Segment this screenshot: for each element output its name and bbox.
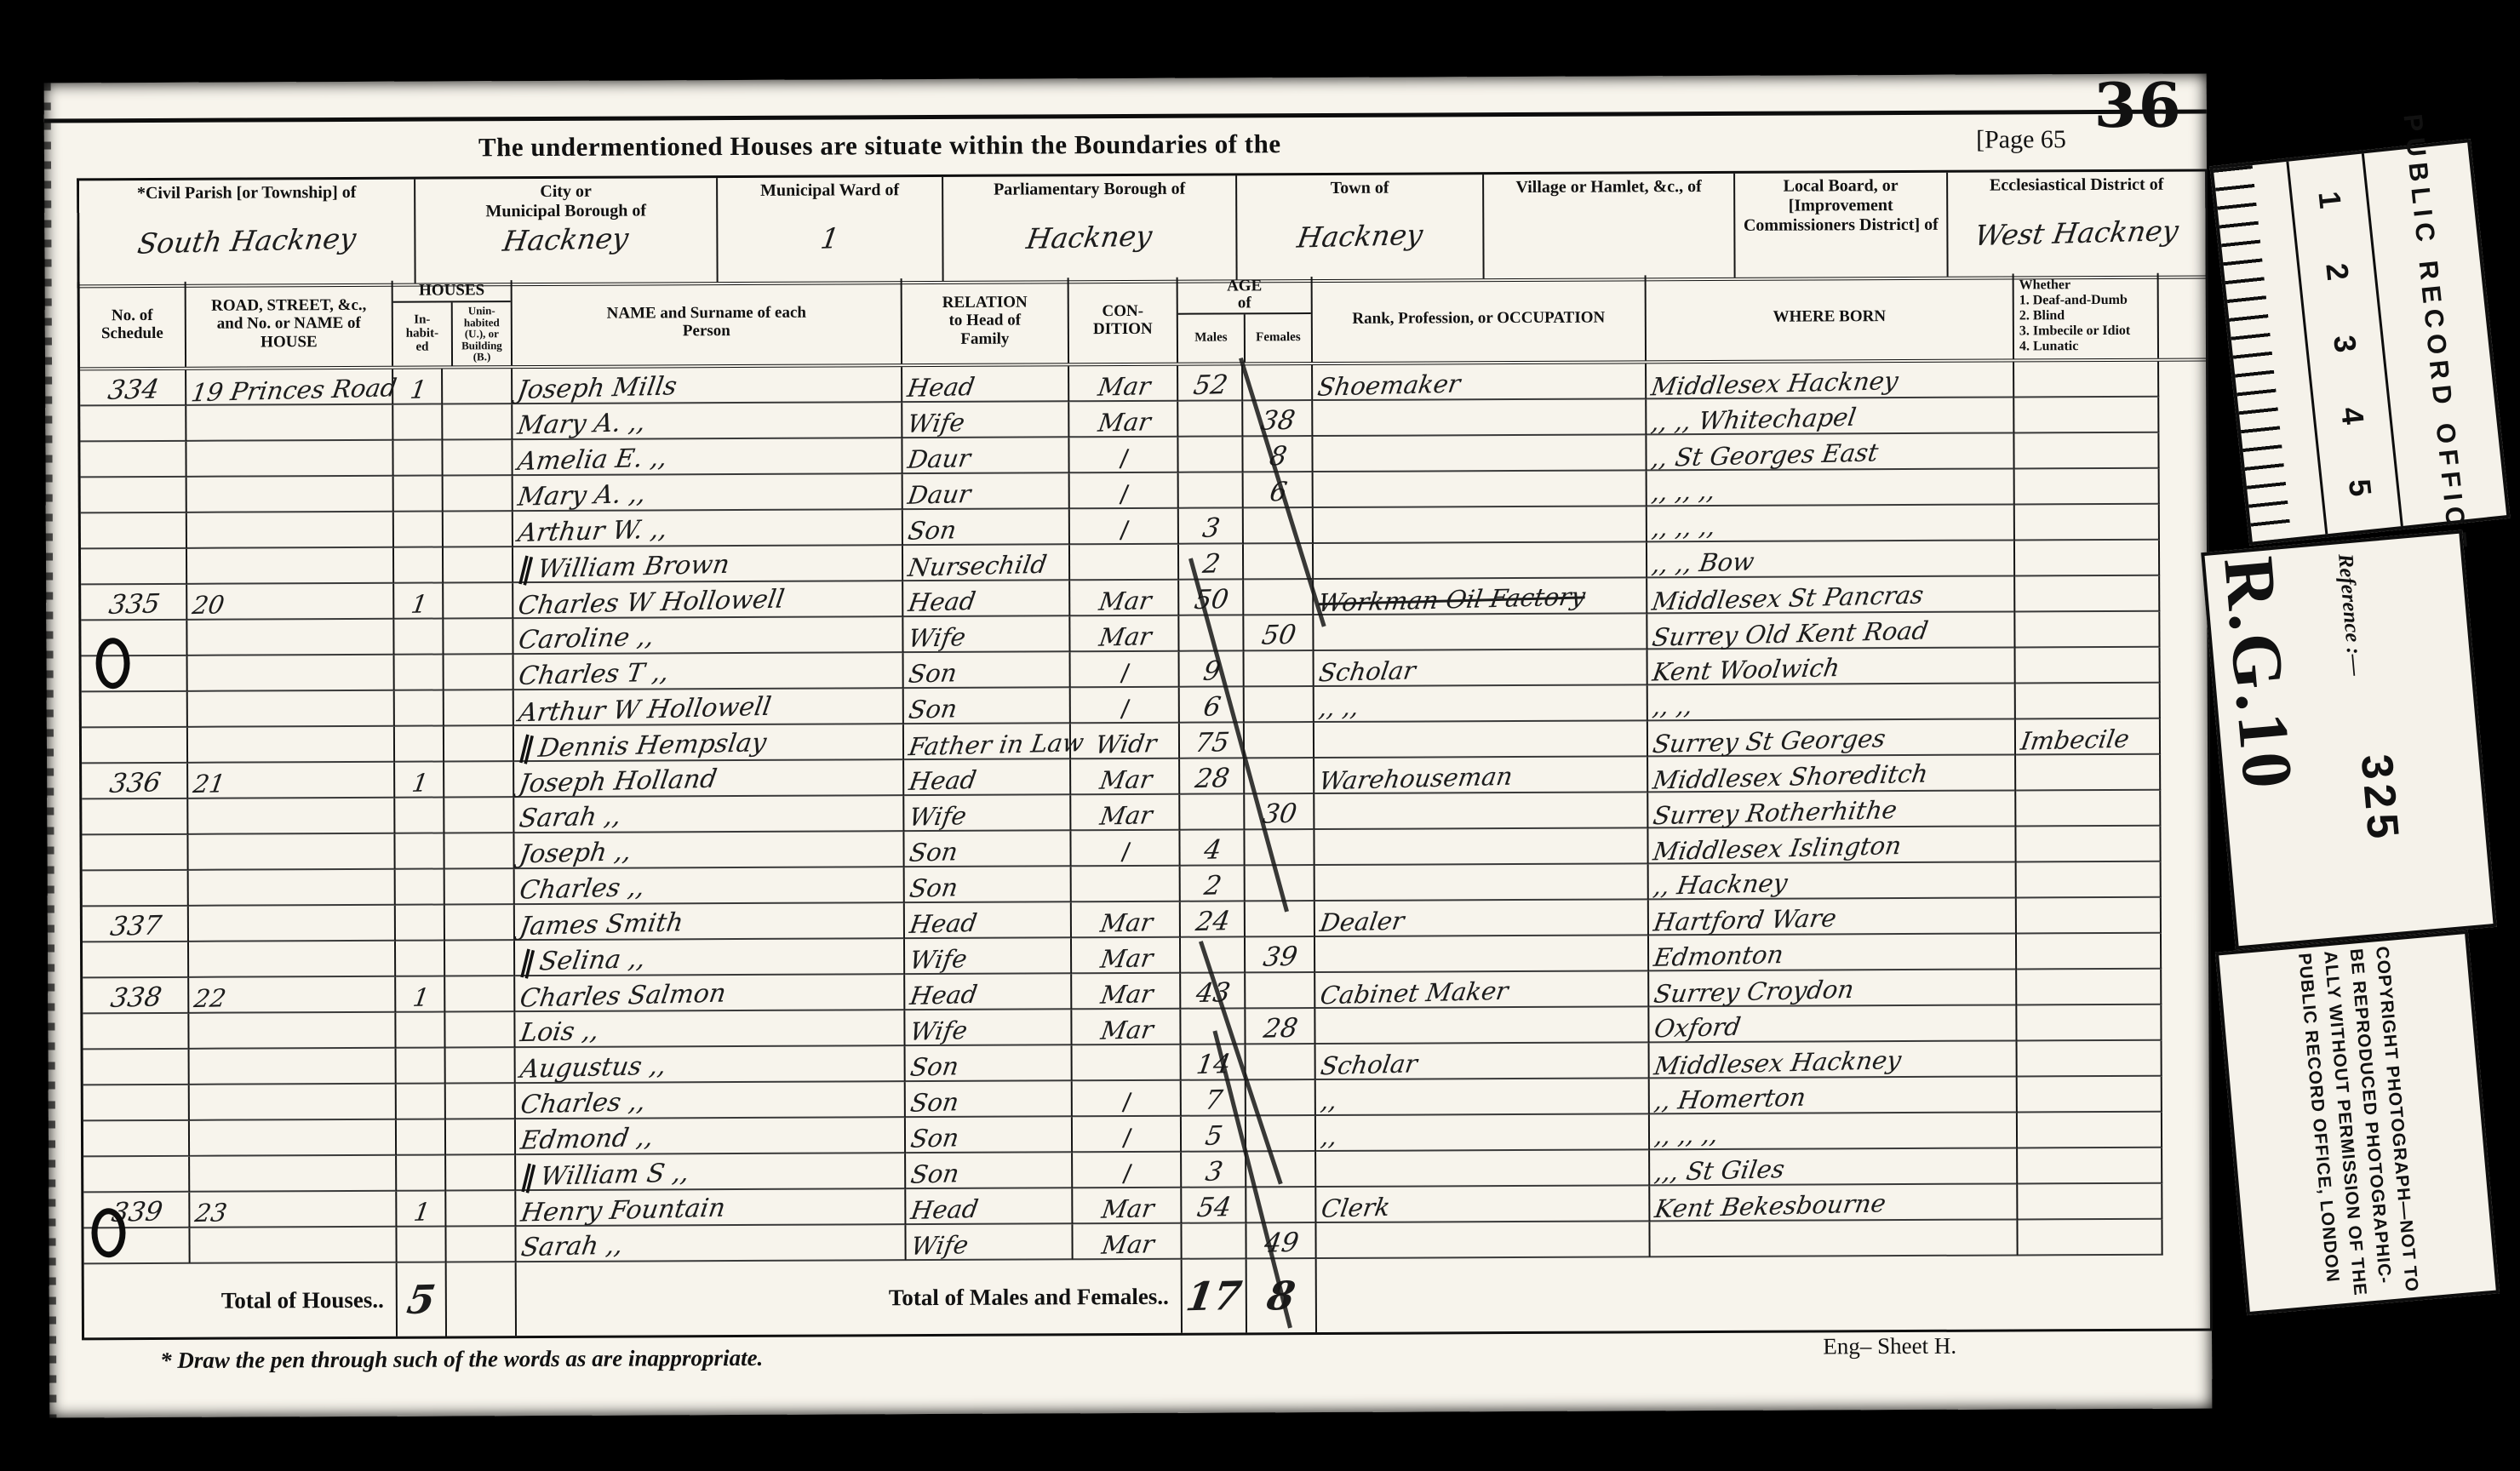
cell-schedule <box>83 942 189 979</box>
cell-relation: Son <box>904 688 1071 724</box>
header-males: Males <box>1178 314 1246 362</box>
cell-occupation <box>1313 435 1647 472</box>
cell-road <box>188 798 395 835</box>
condition-tick: ∕ <box>1119 446 1130 472</box>
cell-inhab <box>394 512 444 548</box>
cell-born: Middlesex Islington <box>1648 827 2016 864</box>
cell-born: ,, ,, ,, <box>1647 505 2015 542</box>
location-field-value: West Hackney <box>1948 215 2205 249</box>
cell-disability <box>2017 934 2162 970</box>
cell-schedule: 338 <box>83 978 189 1015</box>
ruler-number: 1 <box>2311 190 2348 210</box>
cell-road <box>189 870 396 907</box>
cell-schedule <box>83 1085 190 1122</box>
cell-road: 21 <box>188 763 395 799</box>
cell-age_m: 50 <box>1179 580 1244 615</box>
census-sheet: The undermentioned Houses are situate wi… <box>44 73 2213 1417</box>
cell-occupation <box>1314 471 1647 508</box>
cell-disability <box>2015 576 2160 613</box>
cell-relation: Head <box>906 1188 1073 1225</box>
cell-occupation: Scholar <box>1314 650 1648 687</box>
cell-relation: Wife <box>905 938 1072 975</box>
cell-road <box>186 405 393 442</box>
totals-spacer-2 <box>1317 1256 2163 1332</box>
cell-born: ,, ,, Whitechapel <box>1647 398 2014 435</box>
cell-relation: Nursechild <box>903 545 1070 581</box>
cell-schedule: 336 <box>82 764 188 800</box>
location-field-value <box>1484 218 1733 219</box>
section-mark: ‖ <box>517 735 536 760</box>
cell-inhab <box>394 620 444 655</box>
cell-schedule: 334 <box>80 370 186 407</box>
cell-age_f: 28 <box>1246 1009 1315 1045</box>
cell-condition: ∕ <box>1070 473 1179 510</box>
cell-inhab <box>397 1049 446 1085</box>
cell-disability <box>2017 1005 2162 1042</box>
cell-age_f: 49 <box>1246 1223 1316 1259</box>
location-field-label: City or Municipal Borough of <box>421 181 711 221</box>
cell-name: Charles W Hollowell <box>513 581 903 619</box>
cell-age_f <box>1246 901 1315 937</box>
cell-inhab <box>396 870 445 906</box>
cell-road <box>186 441 393 478</box>
cell-born: Middlesex Hackney <box>1647 362 2014 399</box>
cell-uninhab <box>444 655 514 690</box>
cell-age_m: 28 <box>1180 758 1245 794</box>
ruler-number: 4 <box>2334 405 2371 426</box>
cell-age_f <box>1245 651 1314 687</box>
cell-condition: ∕ <box>1073 1153 1182 1189</box>
header-born: WHERE BORN <box>1647 273 2014 360</box>
location-field-0: *Civil Parish [or Township] ofSouth Hack… <box>79 180 416 285</box>
cell-disability <box>2018 1148 2162 1185</box>
cell-road <box>190 1085 397 1121</box>
location-field-value: Hackney <box>415 222 716 257</box>
cell-disability <box>2014 433 2159 470</box>
cell-name: Mary A. ,, <box>513 403 902 440</box>
cell-schedule <box>82 799 188 836</box>
location-field-label: Parliamentary Borough of <box>948 179 1230 199</box>
cell-born: ,, St Georges East <box>1647 433 2014 471</box>
page-title: The undermentioned Houses are situate wi… <box>478 129 1281 163</box>
cell-relation: Daur <box>903 473 1070 510</box>
header-road: ROAD, STREET, &c., and No. or NAME of HO… <box>186 281 393 367</box>
cell-occupation <box>1313 399 1647 437</box>
cell-condition: Mar <box>1071 795 1180 832</box>
cell-name: Henry Fountain <box>516 1189 906 1227</box>
cell-inhab <box>395 834 444 870</box>
cell-inhab: 1 <box>394 584 444 620</box>
cell-inhab: 1 <box>396 977 445 1013</box>
condition-tick: ∕ <box>1120 518 1131 543</box>
cell-schedule: 335 <box>81 585 187 621</box>
cell-schedule <box>82 728 188 764</box>
cell-road <box>188 655 395 692</box>
cell-road: 23 <box>190 1192 397 1228</box>
cell-relation: Son <box>903 509 1070 546</box>
cell-disability <box>2016 755 2161 792</box>
cell-born: Middlesex Shoreditch <box>1648 755 2016 793</box>
total-houses-label: Total of Houses.. <box>84 1263 398 1338</box>
cell-disability <box>2016 827 2161 863</box>
cell-road <box>187 620 394 656</box>
cell-uninhab <box>444 726 514 762</box>
cell-condition: Mar <box>1070 581 1179 617</box>
cell-name: Charles Salmon <box>515 975 905 1012</box>
footnote: * Draw the pen through such of the words… <box>160 1345 763 1374</box>
cell-inhab: 1 <box>393 369 443 405</box>
cell-occupation <box>1315 936 1649 973</box>
pro-reference-card: R.G.10 Reference :— 325 <box>2201 529 2497 949</box>
section-mark: ‖ <box>516 556 535 581</box>
cell-relation: Daur <box>902 438 1069 474</box>
cell-inhab <box>395 655 444 691</box>
cell-road <box>188 727 395 764</box>
cell-road <box>189 1013 396 1050</box>
cell-age_f: 50 <box>1244 615 1314 651</box>
cell-name: Joseph ,, <box>514 832 904 869</box>
cell-occupation <box>1315 864 1649 901</box>
cell-inhab <box>396 906 445 942</box>
cell-schedule <box>82 835 188 872</box>
cell-relation: Wife <box>904 795 1071 832</box>
cell-uninhab <box>444 476 513 512</box>
cell-uninhab <box>443 404 513 440</box>
cell-road <box>189 942 396 978</box>
cell-schedule <box>83 1121 190 1158</box>
cell-name: Caroline ,, <box>513 617 903 655</box>
cell-schedule <box>83 871 189 907</box>
cell-disability <box>2015 541 2160 577</box>
cell-age_f <box>1246 1045 1316 1080</box>
cell-age_f <box>1246 1116 1316 1152</box>
cell-road <box>188 691 395 728</box>
cell-condition: Mar <box>1070 616 1179 653</box>
cell-name: Edmond ,, <box>516 1118 906 1155</box>
cell-born: ,,, St Giles <box>1650 1148 2018 1186</box>
series-reference: R.G.10 <box>2207 553 2310 794</box>
cell-name: Amelia E. ,, <box>513 438 902 476</box>
cell-disability <box>2014 398 2159 434</box>
cell-age_m: 54 <box>1182 1188 1246 1223</box>
cell-name: ‖Selina ,, <box>515 939 905 976</box>
cell-road <box>190 1049 397 1085</box>
location-field-label: Town of <box>1242 178 1477 198</box>
cell-uninhab <box>444 833 514 869</box>
cell-road <box>188 834 395 871</box>
cell-occupation <box>1314 721 1648 758</box>
cell-age_m <box>1180 794 1245 830</box>
totals-row: Total of Houses.. 5 Total of Males and F… <box>84 1255 2210 1340</box>
cell-age_m <box>1178 401 1243 437</box>
cell-age_m <box>1178 437 1243 472</box>
location-field-1: City or Municipal Borough ofHackney <box>415 178 719 283</box>
cell-age_f: 8 <box>1243 437 1313 472</box>
cell-relation: Wife <box>903 616 1070 653</box>
cell-schedule <box>80 442 186 478</box>
header-uninhabited: Unin- habited (U.), or Building (B.) <box>453 302 511 365</box>
cell-name: ‖William Brown <box>513 546 903 583</box>
cell-born: Surrey Old Kent Road <box>1647 612 2015 650</box>
title-row: The undermentioned Houses are situate wi… <box>44 117 2207 173</box>
cell-occupation: Scholar <box>1316 1043 1650 1080</box>
cell-name: Lois ,, <box>515 1010 905 1048</box>
cell-relation: Son <box>904 831 1071 867</box>
cell-relation: Head <box>905 902 1072 939</box>
cell-relation: Son <box>906 1045 1073 1082</box>
cell-uninhab <box>444 547 513 583</box>
cell-occupation: Workman Oil Factory <box>1314 578 1647 615</box>
cell-age_m <box>1181 937 1246 973</box>
location-field-label: Ecclesiastical District of <box>1953 175 2200 195</box>
location-header-band: *Civil Parish [or Township] ofSouth Hack… <box>77 169 2208 288</box>
cell-name: Joseph Mills <box>513 367 902 404</box>
cell-schedule <box>81 478 187 514</box>
cell-uninhab <box>444 762 514 798</box>
condition-tick: ∕ <box>1120 696 1131 722</box>
cell-condition: ∕ <box>1071 831 1180 867</box>
cell-name: Sarah ,, <box>516 1225 906 1262</box>
condition-tick: ∕ <box>1120 839 1131 865</box>
cell-age_m: 3 <box>1182 1152 1246 1188</box>
cell-relation: Son <box>906 1153 1073 1189</box>
cell-uninhab <box>445 976 515 1012</box>
cell-name: Arthur W. ,, <box>513 510 903 547</box>
cell-uninhab <box>444 798 514 833</box>
location-field-label: Village or Hamlet, &c., of <box>1489 177 1728 197</box>
cell-name: Sarah ,, <box>514 796 904 833</box>
cell-name: ‖Dennis Hempslay <box>514 724 904 762</box>
cell-uninhab <box>444 619 513 655</box>
cell-occupation <box>1314 507 1647 544</box>
cell-condition: ∕ <box>1071 688 1180 724</box>
cell-inhab <box>395 727 444 763</box>
cell-uninhab <box>446 1155 516 1191</box>
cell-inhab <box>394 477 444 512</box>
cell-relation: Son <box>905 867 1072 903</box>
cell-name: Charles ,, <box>515 867 905 905</box>
location-field-3: Parliamentary Borough ofHackney <box>943 175 1238 281</box>
cell-inhab <box>393 405 443 441</box>
cell-uninhab <box>444 690 514 726</box>
location-field-2: Municipal Ward of1 <box>718 177 944 282</box>
cell-age_f <box>1245 723 1314 758</box>
cell-relation: Head <box>903 581 1070 617</box>
cell-condition: Mar <box>1072 902 1181 939</box>
cell-uninhab <box>446 1227 516 1262</box>
cell-occupation <box>1314 614 1647 651</box>
cell-disability <box>2018 1184 2162 1221</box>
location-field-value: South Hackney <box>79 224 414 259</box>
cell-name: Augustus ,, <box>516 1046 906 1084</box>
cell-road <box>190 1228 397 1264</box>
condition-tick: ∕ <box>1122 1090 1133 1115</box>
cell-inhab <box>393 441 443 477</box>
cell-schedule <box>81 549 187 586</box>
cell-born: Surrey Rotherhithe <box>1648 791 2016 828</box>
cell-born: ,, Homerton <box>1650 1077 2018 1114</box>
cell-road <box>189 906 396 942</box>
totals-spacer-1 <box>447 1262 517 1336</box>
cell-road <box>190 1120 397 1157</box>
cell-disability <box>2016 791 2161 827</box>
cell-condition: Mar <box>1069 402 1178 438</box>
cell-name: ‖William S ,, <box>516 1153 906 1191</box>
location-field-value: Hackney <box>943 220 1235 254</box>
cell-born: Middlesex Hackney <box>1650 1041 2018 1079</box>
cell-born: ,, ,, ,, <box>1650 1113 2018 1150</box>
header-disability: Whether 1. Deaf-and-Dumb 2. Blind 3. Imb… <box>2014 273 2159 359</box>
cell-road: 19 Princes Road <box>186 369 393 406</box>
cell-relation: Wife <box>906 1224 1073 1261</box>
cell-inhab <box>396 942 445 977</box>
ink-ring <box>91 1208 125 1257</box>
ruler-number: 3 <box>2326 334 2363 354</box>
location-field-6: Local Board, or [Improvement Commissione… <box>1735 173 1949 278</box>
cell-condition: Mar <box>1071 759 1180 796</box>
cell-occupation: Shoemaker <box>1313 363 1647 401</box>
enumeration-table: No. of Schedule ROAD, STREET, &c., and N… <box>77 272 2213 1340</box>
total-houses-value: 5 <box>398 1262 447 1336</box>
section-mark: ‖ <box>518 1164 538 1189</box>
cell-age_f <box>1244 580 1314 615</box>
cell-uninhab <box>446 1119 516 1155</box>
cell-age_f <box>1244 508 1314 544</box>
cell-inhab <box>397 1119 446 1155</box>
cell-schedule <box>83 1050 190 1086</box>
ruler-number: 2 <box>2318 261 2356 282</box>
total-males-females-label: Total of Males and Females.. <box>517 1260 1183 1336</box>
cell-age_m: 2 <box>1181 866 1246 901</box>
cell-condition: ∕ <box>1073 1117 1182 1153</box>
ink-ring <box>95 638 129 689</box>
cell-disability <box>2015 469 2160 506</box>
cell-disability <box>2018 1077 2162 1113</box>
pro-copyright-card: COPYRIGHT PHOTOGRAPH—NOT TO BE REPRODUCE… <box>2215 930 2500 1315</box>
location-field-5: Village or Hamlet, &c., of <box>1484 174 1736 278</box>
cell-uninhab <box>443 440 513 476</box>
cell-disability <box>2017 862 2162 899</box>
cell-road: 20 <box>187 584 394 621</box>
cell-occupation: Clerk <box>1316 1186 1650 1223</box>
cell-condition: Mar <box>1072 974 1181 1010</box>
cell-uninhab <box>445 1012 515 1048</box>
cell-inhab: 1 <box>395 763 444 798</box>
location-field-value: 1 <box>718 221 942 255</box>
header-name: NAME and Surname of each Person <box>513 278 902 365</box>
condition-tick: ∕ <box>1122 1161 1133 1187</box>
location-field-label: *Civil Parish [or Township] of <box>84 183 409 204</box>
cell-relation: Son <box>906 1081 1073 1118</box>
cell-born: Hartford Ware <box>1649 898 2017 936</box>
cell-born: ,, ,, <box>1648 684 2016 721</box>
cell-occupation: Warehouseman <box>1314 757 1648 794</box>
cell-age_f <box>1246 973 1315 1009</box>
cell-condition: Mar <box>1073 1224 1182 1261</box>
location-field-label: Municipal Ward of <box>723 180 936 201</box>
cell-schedule: 337 <box>83 907 189 943</box>
cell-inhab <box>394 548 444 584</box>
cell-born: Kent Woolwich <box>1648 648 2016 685</box>
cell-condition: Mar <box>1069 366 1178 403</box>
cell-disability <box>2016 684 2161 720</box>
paper-edge-texture <box>39 83 57 1418</box>
cell-disability <box>2018 1220 2162 1256</box>
cell-age_f <box>1245 687 1314 723</box>
cell-condition: Mar <box>1072 938 1181 975</box>
cell-schedule <box>83 1157 190 1193</box>
cell-condition: Mar <box>1072 1010 1181 1046</box>
cell-uninhab <box>446 1084 516 1119</box>
cell-inhab <box>397 1227 446 1262</box>
cell-age_m <box>1181 1009 1246 1045</box>
cell-age_m: 52 <box>1178 365 1243 401</box>
cell-age_m: 24 <box>1181 901 1246 937</box>
cell-occupation <box>1314 828 1648 866</box>
ruler-number: 5 <box>2341 477 2379 497</box>
cell-occupation: ,, <box>1316 1114 1650 1152</box>
cell-relation: Father in Law <box>904 724 1071 760</box>
cell-schedule <box>80 406 186 443</box>
header-houses: HOUSES <box>393 280 511 303</box>
cell-inhab <box>397 1155 446 1191</box>
header-age-group: AGE of Males Females <box>1178 277 1313 363</box>
cell-relation: Head <box>905 974 1072 1010</box>
cell-occupation <box>1314 542 1647 580</box>
cell-disability <box>2015 612 2160 649</box>
page-number-label: [Page 65 <box>1976 125 2066 154</box>
cell-occupation: ,, <box>1316 1079 1650 1116</box>
sheet-label: Eng– Sheet H. <box>1823 1333 1956 1360</box>
cell-relation: Son <box>906 1117 1073 1153</box>
header-relation: RELATION to Head of Family <box>902 278 1069 363</box>
cell-disability: Imbecile <box>2016 719 2161 756</box>
cell-occupation: ,, ,, <box>1314 685 1648 723</box>
location-field-value: Hackney <box>1237 219 1482 253</box>
cell-uninhab <box>445 941 515 976</box>
cell-born: ,, Hackney <box>1649 862 2017 900</box>
cell-relation: Head <box>902 366 1069 403</box>
total-males-value: 17 <box>1183 1259 1247 1332</box>
header-age: AGE of <box>1178 277 1311 315</box>
cell-condition: ∕ <box>1071 652 1180 689</box>
cell-name: Arthur W Hollowell <box>514 689 904 726</box>
cell-inhab <box>397 1085 446 1120</box>
cell-condition: Widr <box>1071 724 1180 760</box>
header-condition: CON- DITION <box>1069 278 1178 363</box>
cell-occupation <box>1316 1150 1650 1188</box>
cell-disability <box>2018 1041 2162 1078</box>
cell-uninhab <box>444 512 513 547</box>
cell-name: Mary A. ,, <box>513 474 903 512</box>
cell-inhab <box>395 691 444 727</box>
cell-age_m <box>1179 472 1244 508</box>
cell-inhab <box>395 798 444 834</box>
cell-disability <box>2014 362 2159 398</box>
cell-age_m: 3 <box>1179 508 1244 544</box>
condition-tick: ∕ <box>1122 1125 1133 1151</box>
folio-number: 36 <box>2093 69 2183 141</box>
cell-condition <box>1073 1045 1182 1082</box>
cell-born: Surrey St Georges <box>1648 719 2016 757</box>
cell-born: ,, ,, ,, <box>1647 469 2015 507</box>
cell-uninhab <box>443 369 513 404</box>
table-body: 33419 Princes Road1Joseph MillsHeadMar52… <box>80 361 2210 1264</box>
cell-occupation: Dealer <box>1315 900 1649 937</box>
cell-uninhab <box>444 583 513 619</box>
cell-schedule <box>82 692 188 729</box>
location-field-label: Local Board, or [Improvement Commissione… <box>1740 176 1941 236</box>
